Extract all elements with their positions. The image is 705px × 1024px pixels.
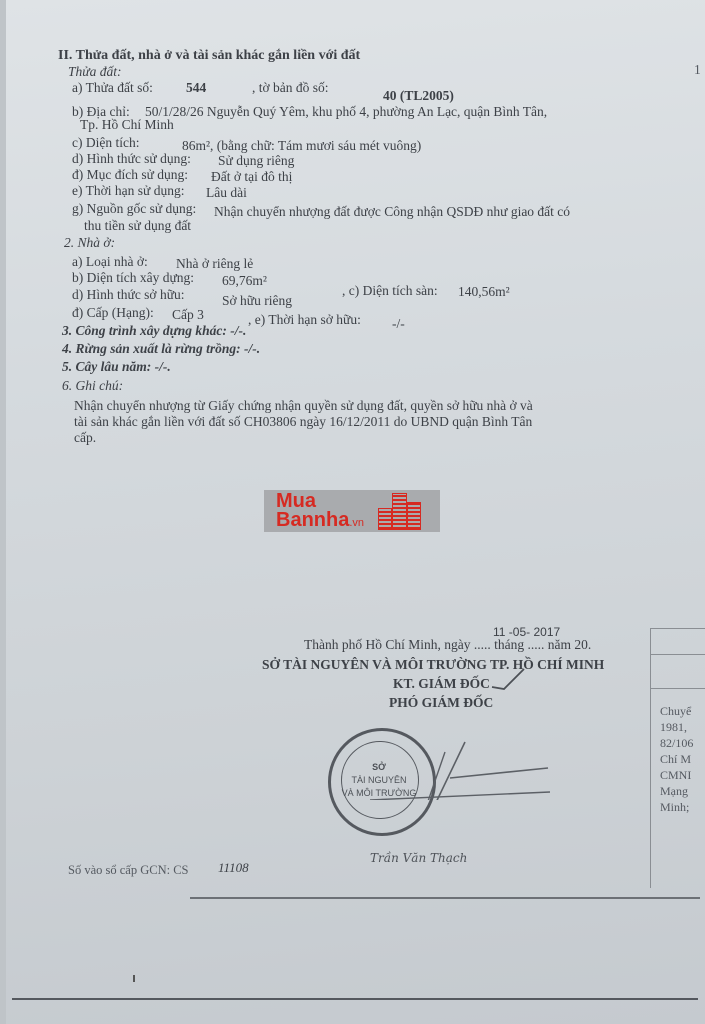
house-term-value: -/- bbox=[392, 316, 405, 332]
house-floor-area-label: , c) Diện tích sàn: bbox=[342, 283, 438, 299]
side-divider bbox=[650, 654, 705, 655]
land-map-label: , tờ bản đồ số: bbox=[252, 80, 329, 96]
bottom-rule-2 bbox=[12, 998, 698, 1000]
house-build-area-label: b) Diện tích xây dựng: bbox=[72, 270, 194, 286]
notes-line-1: Nhận chuyển nhượng từ Giấy chứng nhận qu… bbox=[74, 398, 533, 414]
land-purpose-label: đ) Mục đích sử dụng: bbox=[72, 167, 188, 183]
side-divider bbox=[650, 628, 705, 629]
land-origin-label: g) Nguồn gốc sử dụng: bbox=[72, 201, 196, 217]
signer-role-2: PHÓ GIÁM ĐỐC bbox=[389, 695, 493, 711]
land-area-value: 86m², (bằng chữ: Tám mươi sáu mét vuông) bbox=[182, 138, 421, 154]
registry-value: 11108 bbox=[218, 860, 249, 876]
speck bbox=[133, 975, 135, 982]
land-purpose-value: Đất ở tại đô thị bbox=[211, 169, 292, 185]
house-term-label: , e) Thời hạn sở hữu: bbox=[248, 312, 361, 328]
side-text-5: CMNI bbox=[660, 767, 691, 783]
house-heading: 2. Nhà ở: bbox=[64, 235, 115, 251]
watermark-brand: Bannha bbox=[276, 509, 349, 531]
land-term-value: Lâu dài bbox=[206, 185, 247, 201]
house-build-area-value: 69,76m² bbox=[222, 273, 267, 289]
issuing-agency: SỞ TÀI NGUYÊN VÀ MÔI TRƯỜNG TP. HỒ CHÍ M… bbox=[262, 657, 604, 673]
land-parcel-label: a) Thửa đất số: bbox=[72, 80, 153, 96]
land-parcel-value: 544 bbox=[186, 80, 206, 96]
checkmark-stroke bbox=[490, 665, 530, 695]
land-heading: Thửa đất: bbox=[68, 64, 122, 80]
side-column-border bbox=[650, 628, 651, 888]
side-text-4: Chí M bbox=[660, 751, 691, 767]
house-grade-value: Cấp 3 bbox=[172, 307, 204, 323]
perennial-trees: 5. Cây lâu năm: -/-. bbox=[62, 359, 171, 375]
side-divider bbox=[650, 688, 705, 689]
other-works: 3. Công trình xây dựng khác: -/-. bbox=[62, 323, 246, 339]
signer-role-1: KT. GIÁM ĐỐC bbox=[393, 676, 490, 692]
building-icon bbox=[407, 502, 421, 530]
signature-strokes bbox=[370, 730, 570, 800]
building-icon bbox=[378, 508, 392, 530]
watermark-text-2: Bannha.vn bbox=[276, 511, 364, 533]
page-edge bbox=[0, 0, 6, 1024]
land-usage-form-label: d) Hình thức sử dụng: bbox=[72, 151, 191, 167]
registry-label: Số vào sổ cấp GCN: CS bbox=[68, 862, 189, 878]
notes-line-3: cấp. bbox=[74, 430, 96, 446]
notes-line-2: tài sản khác gắn liền với đất số CH03806… bbox=[74, 414, 532, 430]
margin-mark: 1 bbox=[694, 62, 701, 78]
land-address-value-1: 50/1/28/26 Nguyễn Quý Yêm, khu phố 4, ph… bbox=[145, 104, 547, 120]
side-text-2: 1981, bbox=[660, 719, 687, 735]
house-grade-label: đ) Cấp (Hạng): bbox=[72, 305, 154, 321]
house-type-label: a) Loại nhà ở: bbox=[72, 254, 148, 270]
house-ownership-label: d) Hình thức sở hữu: bbox=[72, 287, 185, 303]
land-area-label: c) Diện tích: bbox=[72, 135, 139, 151]
side-text-3: 82/106 bbox=[660, 735, 693, 751]
building-icon bbox=[392, 493, 407, 530]
bottom-rule-1 bbox=[190, 897, 700, 899]
land-origin-value-1: Nhận chuyển nhượng đất được Công nhận QS… bbox=[214, 204, 570, 220]
land-term-label: e) Thời hạn sử dụng: bbox=[72, 183, 184, 199]
land-address-value-2: Tp. Hồ Chí Minh bbox=[80, 117, 174, 133]
land-usage-form-value: Sử dụng riêng bbox=[218, 153, 294, 169]
section-title: II. Thửa đất, nhà ở và tài sản khác gắn … bbox=[58, 48, 360, 64]
house-ownership-value: Sở hữu riêng bbox=[222, 293, 292, 309]
house-floor-area-value: 140,56m² bbox=[458, 284, 510, 300]
side-text-1: Chuyể bbox=[660, 703, 691, 719]
production-forest: 4. Rừng sản xuất là rừng trồng: -/-. bbox=[62, 341, 260, 357]
land-map-value: 40 (TL2005) bbox=[383, 88, 454, 104]
side-text-6: Mạng bbox=[660, 783, 688, 799]
land-origin-value-2: thu tiền sử dụng đất bbox=[84, 218, 191, 234]
signer-name: Trần Văn Thạch bbox=[370, 851, 467, 865]
watermark-suffix: .vn bbox=[349, 517, 364, 529]
notes-heading: 6. Ghi chú: bbox=[62, 378, 123, 394]
side-text-7: Minh; bbox=[660, 799, 689, 815]
place-date: Thành phố Hồ Chí Minh, ngày ..... tháng … bbox=[304, 637, 591, 653]
